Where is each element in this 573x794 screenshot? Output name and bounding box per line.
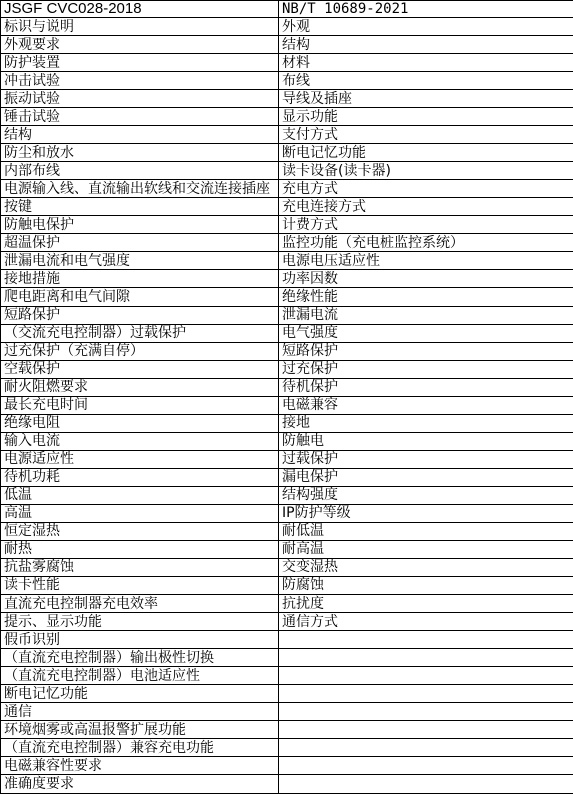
nbt-item-cell: 电源电压适应性 bbox=[279, 252, 573, 270]
table-row: 锤击试验显示功能 bbox=[1, 108, 573, 126]
table-row: 输入电流防触电 bbox=[1, 432, 573, 450]
table-row: 抗盐雾腐蚀交变湿热 bbox=[1, 558, 573, 576]
nbt-item-cell: 显示功能 bbox=[279, 108, 573, 126]
nbt-item-cell: 监控功能（充电桩监控系统） bbox=[279, 234, 573, 252]
table-row: （直流充电控制器）电池适应性 bbox=[1, 667, 573, 685]
jsgf-item-cell: 绝缘电阻 bbox=[1, 414, 279, 432]
table-row: 冲击试验布线 bbox=[1, 72, 573, 90]
table-row: 内部布线读卡设备(读卡器) bbox=[1, 162, 573, 180]
jsgf-item-cell: 防尘和放水 bbox=[1, 144, 279, 162]
table-row: 防尘和放水断电记忆功能 bbox=[1, 144, 573, 162]
jsgf-item-cell: 低温 bbox=[1, 486, 279, 504]
nbt-item-cell: 材料 bbox=[279, 54, 573, 72]
jsgf-item-cell: 标识与说明 bbox=[1, 18, 279, 36]
jsgf-item-cell: 按键 bbox=[1, 198, 279, 216]
nbt-item-cell: 结构 bbox=[279, 36, 573, 54]
nbt-item-cell: 电气强度 bbox=[279, 324, 573, 342]
jsgf-item-cell: 恒定湿热 bbox=[1, 522, 279, 540]
table-row: 电源适应性过载保护 bbox=[1, 450, 573, 468]
table-row: 准确度要求 bbox=[1, 775, 573, 794]
jsgf-item-cell: 冲击试验 bbox=[1, 72, 279, 90]
jsgf-item-cell: 泄漏电流和电气强度 bbox=[1, 252, 279, 270]
table-row: 读卡性能防腐蚀 bbox=[1, 576, 573, 594]
nbt-item-cell: 泄漏电流 bbox=[279, 306, 573, 324]
nbt-item-cell: 断电记忆功能 bbox=[279, 144, 573, 162]
table-row: 防触电保护计费方式 bbox=[1, 216, 573, 234]
jsgf-item-cell: 振动试验 bbox=[1, 90, 279, 108]
nbt-item-cell: 耐低温 bbox=[279, 522, 573, 540]
jsgf-item-cell: 电源输入线、直流输出软线和交流连接插座 bbox=[1, 180, 279, 198]
nbt-item-cell: 待机保护 bbox=[279, 378, 573, 396]
jsgf-item-cell: 接地措施 bbox=[1, 270, 279, 288]
jsgf-item-cell: 耐火阻燃要求 bbox=[1, 378, 279, 396]
table-row: 环境烟雾或高温报警扩展功能 bbox=[1, 721, 573, 739]
nbt-item-cell: 计费方式 bbox=[279, 216, 573, 234]
jsgf-item-cell: （直流充电控制器）电池适应性 bbox=[1, 667, 279, 685]
nbt-item-cell: 防触电 bbox=[279, 432, 573, 450]
nbt-item-cell bbox=[279, 685, 573, 703]
jsgf-item-cell: 外观要求 bbox=[1, 36, 279, 54]
nbt-item-cell: 充电方式 bbox=[279, 180, 573, 198]
jsgf-item-cell: 提示、显示功能 bbox=[1, 613, 279, 631]
jsgf-item-cell: 待机功耗 bbox=[1, 468, 279, 486]
nbt-item-cell bbox=[279, 703, 573, 721]
nbt-item-cell: 漏电保护 bbox=[279, 468, 573, 486]
nbt-item-cell: 布线 bbox=[279, 72, 573, 90]
table-row: 按键充电连接方式 bbox=[1, 198, 573, 216]
table-row: 待机功耗漏电保护 bbox=[1, 468, 573, 486]
nbt-item-cell: 支付方式 bbox=[279, 126, 573, 144]
table-row: （直流充电控制器）兼容充电功能 bbox=[1, 739, 573, 757]
nbt-item-cell: 通信方式 bbox=[279, 613, 573, 631]
jsgf-item-cell: 断电记忆功能 bbox=[1, 685, 279, 703]
table-row: 假币识别 bbox=[1, 631, 573, 649]
table-row: 爬电距离和电气间隙绝缘性能 bbox=[1, 288, 573, 306]
table-row: 恒定湿热耐低温 bbox=[1, 522, 573, 540]
table-row: 电磁兼容性要求 bbox=[1, 757, 573, 775]
jsgf-item-cell: （直流充电控制器）兼容充电功能 bbox=[1, 739, 279, 757]
nbt-item-cell: 短路保护 bbox=[279, 342, 573, 360]
jsgf-item-cell: 锤击试验 bbox=[1, 108, 279, 126]
column-header-jsgf-cvc028-2018: JSGF CVC028-2018 bbox=[1, 1, 279, 18]
jsgf-item-cell: 读卡性能 bbox=[1, 576, 279, 594]
nbt-item-cell: 过充保护 bbox=[279, 360, 573, 378]
table-row: 振动试验导线及插座 bbox=[1, 90, 573, 108]
nbt-item-cell: 过载保护 bbox=[279, 450, 573, 468]
nbt-item-cell: 耐高温 bbox=[279, 540, 573, 558]
nbt-item-cell: 导线及插座 bbox=[279, 90, 573, 108]
table-row: 最长充电时间电磁兼容 bbox=[1, 396, 573, 414]
jsgf-item-cell: 假币识别 bbox=[1, 631, 279, 649]
jsgf-item-cell: 防触电保护 bbox=[1, 216, 279, 234]
table-row: （交流充电控制器）过载保护电气强度 bbox=[1, 324, 573, 342]
nbt-item-cell: 电磁兼容 bbox=[279, 396, 573, 414]
table-row: 提示、显示功能通信方式 bbox=[1, 613, 573, 631]
table-row: 过充保护（充满自停）短路保护 bbox=[1, 342, 573, 360]
jsgf-item-cell: 抗盐雾腐蚀 bbox=[1, 558, 279, 576]
jsgf-item-cell: 高温 bbox=[1, 504, 279, 522]
table-row: 泄漏电流和电气强度电源电压适应性 bbox=[1, 252, 573, 270]
table-row: 短路保护泄漏电流 bbox=[1, 306, 573, 324]
table-row: 耐热耐高温 bbox=[1, 540, 573, 558]
jsgf-item-cell: （交流充电控制器）过载保护 bbox=[1, 324, 279, 342]
jsgf-item-cell: 环境烟雾或高温报警扩展功能 bbox=[1, 721, 279, 739]
table-row: 防护装置材料 bbox=[1, 54, 573, 72]
jsgf-item-cell: 空载保护 bbox=[1, 360, 279, 378]
table-row: 直流充电控制器充电效率抗扰度 bbox=[1, 595, 573, 613]
jsgf-item-cell: 电磁兼容性要求 bbox=[1, 757, 279, 775]
table-row: 高温IP防护等级 bbox=[1, 504, 573, 522]
nbt-item-cell: IP防护等级 bbox=[279, 504, 573, 522]
nbt-item-cell bbox=[279, 721, 573, 739]
jsgf-item-cell: 电源适应性 bbox=[1, 450, 279, 468]
jsgf-item-cell: 耐热 bbox=[1, 540, 279, 558]
jsgf-item-cell: 通信 bbox=[1, 703, 279, 721]
nbt-item-cell: 外观 bbox=[279, 18, 573, 36]
jsgf-item-cell: （直流充电控制器）输出极性切换 bbox=[1, 649, 279, 667]
jsgf-item-cell: 过充保护（充满自停） bbox=[1, 342, 279, 360]
nbt-item-cell bbox=[279, 775, 573, 794]
table-row: 断电记忆功能 bbox=[1, 685, 573, 703]
table-row: 低温结构强度 bbox=[1, 486, 573, 504]
jsgf-item-cell: 内部布线 bbox=[1, 162, 279, 180]
column-header-nbt-10689-2021: NB/T 10689-2021 bbox=[279, 1, 573, 18]
nbt-item-cell bbox=[279, 739, 573, 757]
nbt-item-cell: 绝缘性能 bbox=[279, 288, 573, 306]
jsgf-item-cell: 防护装置 bbox=[1, 54, 279, 72]
jsgf-item-cell: 结构 bbox=[1, 126, 279, 144]
nbt-item-cell: 接地 bbox=[279, 414, 573, 432]
table-row: 结构支付方式 bbox=[1, 126, 573, 144]
nbt-item-cell bbox=[279, 667, 573, 685]
nbt-item-cell: 防腐蚀 bbox=[279, 576, 573, 594]
table-row: 标识与说明外观 bbox=[1, 18, 573, 36]
jsgf-item-cell: 短路保护 bbox=[1, 306, 279, 324]
nbt-item-cell: 功率因数 bbox=[279, 270, 573, 288]
table-row: 外观要求结构 bbox=[1, 36, 573, 54]
nbt-item-cell: 读卡设备(读卡器) bbox=[279, 162, 573, 180]
nbt-item-cell: 抗扰度 bbox=[279, 595, 573, 613]
nbt-item-cell: 结构强度 bbox=[279, 486, 573, 504]
nbt-item-cell bbox=[279, 649, 573, 667]
nbt-item-cell: 充电连接方式 bbox=[279, 198, 573, 216]
table-row: 空载保护过充保护 bbox=[1, 360, 573, 378]
jsgf-item-cell: 超温保护 bbox=[1, 234, 279, 252]
header-row: JSGF CVC028-2018 NB/T 10689-2021 bbox=[1, 1, 573, 18]
standards-comparison-table: JSGF CVC028-2018 NB/T 10689-2021 标识与说明外观… bbox=[0, 0, 573, 794]
nbt-item-cell: 交变湿热 bbox=[279, 558, 573, 576]
jsgf-item-cell: 输入电流 bbox=[1, 432, 279, 450]
table-row: 电源输入线、直流输出软线和交流连接插座充电方式 bbox=[1, 180, 573, 198]
table-row: 接地措施功率因数 bbox=[1, 270, 573, 288]
table-row: 超温保护监控功能（充电桩监控系统） bbox=[1, 234, 573, 252]
table-row: 耐火阻燃要求待机保护 bbox=[1, 378, 573, 396]
table-row: 绝缘电阻接地 bbox=[1, 414, 573, 432]
nbt-item-cell bbox=[279, 631, 573, 649]
jsgf-item-cell: 最长充电时间 bbox=[1, 396, 279, 414]
jsgf-item-cell: 准确度要求 bbox=[1, 775, 279, 794]
table-row: 通信 bbox=[1, 703, 573, 721]
jsgf-item-cell: 爬电距离和电气间隙 bbox=[1, 288, 279, 306]
table-body: 标识与说明外观外观要求结构防护装置材料冲击试验布线振动试验导线及插座锤击试验显示… bbox=[1, 18, 573, 794]
jsgf-item-cell: 直流充电控制器充电效率 bbox=[1, 595, 279, 613]
table-row: （直流充电控制器）输出极性切换 bbox=[1, 649, 573, 667]
nbt-item-cell bbox=[279, 757, 573, 775]
